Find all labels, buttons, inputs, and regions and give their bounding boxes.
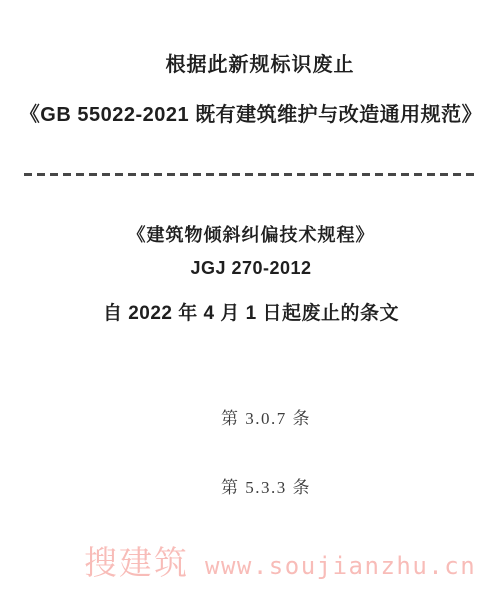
watermark-brand-text: 搜建筑	[84, 546, 189, 579]
watermark-url-text: www.soujianzhu.cn	[205, 554, 476, 578]
new-standard-title: 《GB 55022-2021 既有建筑维护与改造通用规范》	[0, 103, 502, 127]
old-standard-code: JGJ 270-2012	[0, 258, 502, 280]
deprecation-notice-heading: 根据此新规标识废止	[0, 53, 502, 77]
abolished-clause-2: 第 5.3.3 条	[0, 473, 502, 498]
site-watermark: 搜建筑 www.soujianzhu.cn	[84, 546, 476, 579]
document-page: 根据此新规标识废止 《GB 55022-2021 既有建筑维护与改造通用规范》 …	[0, 0, 502, 600]
old-standard-title: 《建筑物倾斜纠偏技术规程》	[0, 225, 502, 247]
abolished-clause-1: 第 3.0.7 条	[0, 404, 502, 429]
abolish-date-note: 自 2022 年 4 月 1 日起废止的条文	[0, 303, 502, 326]
dashed-divider	[24, 173, 476, 176]
